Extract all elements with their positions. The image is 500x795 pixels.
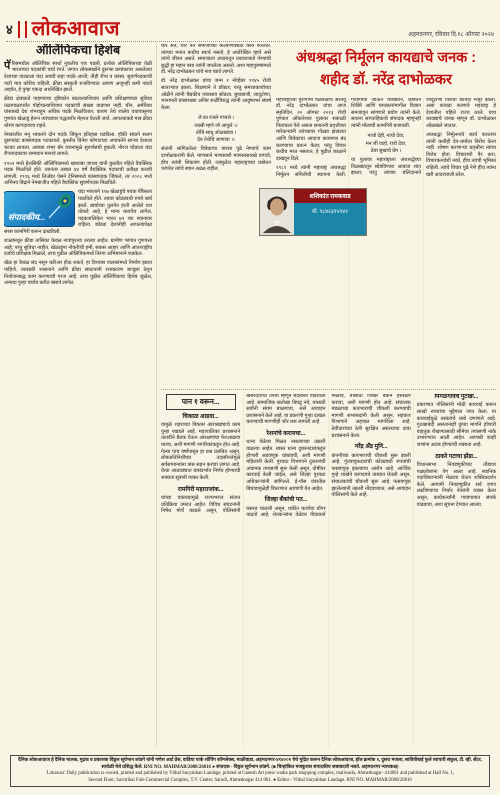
verse-line: मन जी वाहो, रावो देवा, — [351, 141, 421, 148]
lead-article-body: महाराष्ट्राच्या पुरोगामी चळवळीचे अध्वर्य… — [276, 98, 496, 387]
continued-section: पान १ वरून... चिकाळ आडवा... यामुळे शहराच… — [161, 390, 496, 747]
story-heading: चिकाळ आडवा... — [161, 414, 240, 422]
story-body: धान्य वेळेवर मिळत नसल्याच्या तक्रारी वाढ… — [246, 440, 325, 493]
masthead-divider-icon — [18, 21, 27, 38]
lead-headline-line1: अंधश्रद्धा निर्मूलन कायद्याचे जनक : — [276, 48, 496, 70]
abhang-verse-2: नाचो देही, नाचो देवा, मन जी वाहो, रावो द… — [351, 133, 421, 155]
author-phone: मो. ९८४२३१५९४२ — [294, 203, 366, 235]
story-heading: जिल्हा बँकांची पत... — [246, 497, 325, 505]
verse-line: तोचि साधू ओळखावा । — [161, 130, 271, 137]
story-body: यामुळे शहराच्या विकास आराखड्याचे काम पुन… — [161, 423, 240, 482]
lead-headline-line2: शहीद डॉ. नरेंद्र दाभोळकर — [276, 70, 496, 92]
verse-line: त्यासी म्हणे जो आपुले ।। — [161, 123, 271, 130]
story-heading: पिंगळगावचे गुटखा... — [417, 394, 496, 402]
verse-line: ठेवा सुखाचे प्रेम । — [351, 148, 421, 155]
lead-intro-paragraph: संतांनी सांगितलेला विवेकाचा वारसा पुढे न… — [161, 147, 271, 173]
editorial-paragraph: खेळ हा केवळ छंद नसून करिअर होऊ शकते, हा … — [4, 261, 152, 287]
lead-intro-paragraph: डॉ. नरेंद्र दाभोळकर यांचा जन्म १ नोव्हें… — [161, 79, 271, 112]
page-number: ४ — [6, 20, 13, 38]
editorial-logo-box: संपादकीय... — [4, 192, 74, 226]
story-body: प्रकरणात पोलिसांनी मोठी कारवाई करून लाखो… — [417, 403, 496, 449]
author-photo — [260, 189, 294, 235]
lead-headline: अंधश्रद्धा निर्मूलन कायद्याचे जनक : शहीद… — [276, 44, 496, 98]
continued-from-page1-box: पान १ वरून... — [166, 394, 236, 410]
editorial-paragraph: क्रीडा क्षेत्राकडे पाहण्याचा दृष्टिकोन ब… — [4, 97, 152, 130]
editorial-paragraph: १९५२ मध्ये हेलसिंकी ऑलिंपिकमध्ये खाशाबा … — [4, 162, 152, 188]
page-header: ४ लोकआवाज अहमदनगर, रविवार दि.१८ ऑगस्ट २०… — [6, 14, 494, 42]
editorial-paragraph: पॅरिसमधील ऑलिंपिक स्पर्धा नुकतीच पार पडल… — [4, 62, 152, 95]
verse-line: नाचो देही, नाचो देवा, — [351, 133, 421, 140]
editorial-title: ऑलिंपिकचा हिशेब — [4, 44, 152, 58]
newspaper-page: ४ लोकआवाज अहमदनगर, रविवार दि.१८ ऑगस्ट २०… — [0, 0, 500, 795]
imprint-box: दैनिक लोकआवाज हे दैनिक मालक, मुद्रक व प्… — [10, 755, 490, 787]
page-body: ऑलिंपिकचा हिशेब पॅरिसमधील ऑलिंपिक स्पर्ध… — [4, 44, 496, 747]
editorial-column: ऑलिंपिकचा हिशेब पॅरिसमधील ऑलिंपिक स्पर्ध… — [4, 44, 157, 747]
verse-line: देव तेथेचि जाणावा ।। — [161, 137, 271, 144]
lead-body-paragraph: महाराष्ट्राच्या पुरोगामी चळवळीचे अध्वर्य… — [276, 98, 346, 164]
continued-flow: पान १ वरून... चिकाळ आडवा... यामुळे शहराच… — [161, 394, 496, 747]
story-body: विधानसभा निवडणुकीच्या तोंडावर पक्षप्रवेश… — [417, 463, 496, 509]
story-heading: ठाकरे गटाचा झेंडा... — [417, 454, 496, 462]
imprint-english-line1: 'Lokawaz' Daily publication is owned, pr… — [17, 771, 483, 777]
peacock-feather-icon — [46, 194, 72, 220]
editorial-paragraph: नेमबाजीत मनू भाकरने दोन पदके जिंकून इतिह… — [4, 133, 152, 159]
lead-article: थोर संत, थोर नेते समाजाच्या कल्याणासाठी … — [161, 44, 496, 390]
verse-line: जे का रंजले गांजले । — [161, 115, 271, 122]
masthead-title: लोकआवाज — [32, 19, 120, 39]
dateline: अहमदनगर, रविवार दि.१८ ऑगस्ट २०२४ — [408, 30, 494, 41]
imprint-english-line2: Second Floor, Savitribai Fule Commercial… — [17, 778, 483, 784]
abhang-verse: जे का रंजले गांजले । त्यासी म्हणे जो आपु… — [161, 115, 271, 144]
lead-article-intro-column: थोर संत, थोर नेते समाजाच्या कल्याणासाठी … — [161, 44, 271, 386]
editorial-box-label: संपादकीय... — [8, 212, 45, 223]
story-heading: नरेंद्र अँड मुनि... — [332, 444, 411, 452]
right-section: थोर संत, थोर नेते समाजाच्या कल्याणासाठी … — [161, 44, 496, 747]
editorial-paragraph: शाळांमधून क्रीडा तासिका केवळ नावापुरत्या… — [4, 239, 152, 259]
lead-body-paragraph: अंधश्रद्धा निर्मूलनाचे कार्य करताना त्या… — [426, 133, 496, 179]
story-heading: रामगिरी महाराजांक... — [161, 487, 240, 495]
masthead-group: ४ लोकआवाज — [6, 19, 120, 41]
lead-intro-paragraph: थोर संत, थोर नेते समाजाच्या कल्याणासाठी … — [161, 44, 271, 77]
story-body: कंपनीच्या कारभाराची चौकशी सुरू झाली आहे.… — [332, 454, 411, 500]
author-caption: शशिकांत रामकवाड मो. ९८४२३१५९४२ — [294, 189, 366, 235]
author-portrait-icon — [260, 189, 294, 233]
story-heading: रेशनांचे करायचा... — [246, 431, 325, 439]
imprint-marathi: दैनिक लोकआवाज हे दैनिक मालक, मुद्रक व प्… — [17, 758, 483, 771]
author-box: शशिकांत रामकवाड मो. ९८४२३१५९४२ — [259, 188, 367, 236]
author-name: शशिकांत रामकवाड — [294, 189, 366, 203]
